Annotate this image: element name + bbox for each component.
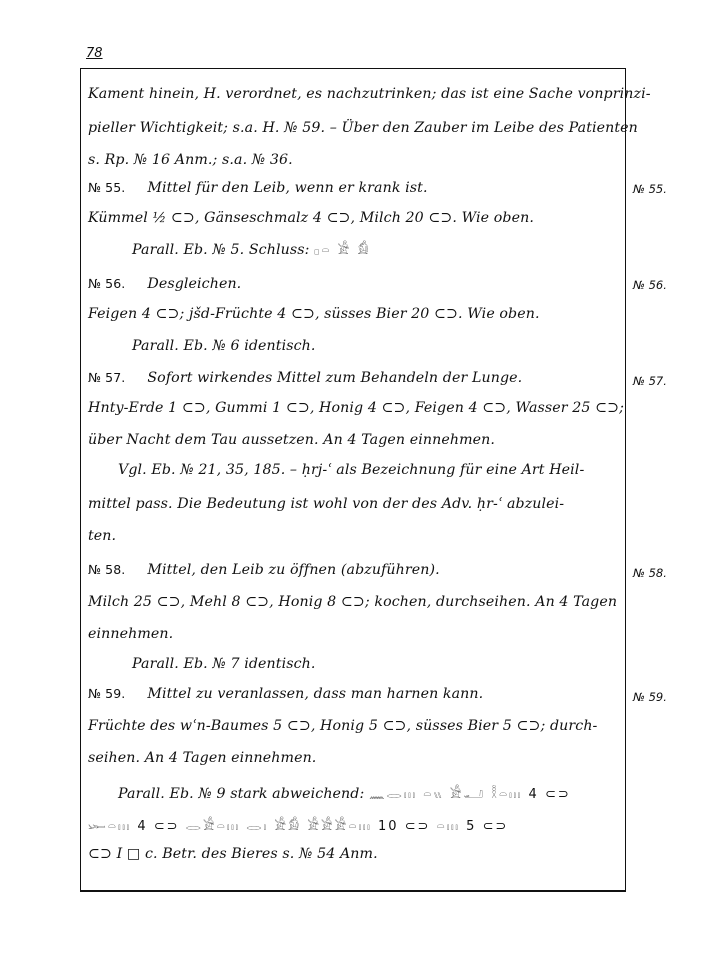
margin-label-58: № 58. (633, 566, 667, 580)
entry-number: № 56. (88, 276, 125, 291)
text-line: Kament hinein, H. verordnet, es nachzutr… (88, 86, 651, 102)
entry-number: № 59. (88, 686, 125, 701)
margin-label-55: № 55. (633, 182, 667, 196)
entry-heading-58: № 58.Mittel, den Leib zu öffnen (abzufüh… (88, 562, 440, 578)
margin-label-59: № 59. (633, 690, 667, 704)
text-line: seihen. An 4 Tagen einnehmen. (88, 750, 316, 766)
text-line: Parall. Eb. № 6 identisch. (132, 338, 316, 354)
parallel-note: Parall. Eb. № 5. Schluss: 𓊪𓏏 𓀀 𓀁 (132, 238, 371, 259)
entry-title: Desgleichen. (147, 276, 241, 292)
margin-label-56: № 56. (633, 278, 667, 292)
hieroglyphs: 𓈖𓂋𓏥 𓏏𓏭 𓀀𓂝 𓎛𓏏𓏥 4 ⊂⊃ (369, 787, 571, 802)
text-line: Vgl. Eb. № 21, 35, 185. – ḥrj-ʿ als Beze… (118, 462, 584, 478)
parallel-text: Parall. Eb. № 5. Schluss: (132, 242, 309, 258)
text-line: Parall. Eb. № 7 identisch. (132, 656, 316, 672)
text-line: einnehmen. (88, 626, 173, 642)
text-line: Milch 25 ⊂⊃, Mehl 8 ⊂⊃, Honig 8 ⊂⊃; koch… (88, 594, 617, 610)
entry-heading-55: № 55.Mittel für den Leib, wenn er krank … (88, 180, 428, 196)
entry-heading-59: № 59.Mittel zu veranlassen, dass man har… (88, 686, 483, 702)
text-line: ⊂⊃ I □ c. Betr. des Bieres s. № 54 Anm. (88, 846, 378, 862)
text-line: Kümmel ½ ⊂⊃, Gänseschmalz 4 ⊂⊃, Milch 20… (88, 210, 534, 226)
hieroglyphs: 𓆱𓏏𓏥 4 ⊂⊃ 𓂋𓀀𓏏𓏥 𓂋𓏤 𓀀𓀁 𓀀𓀀𓀀𓏏𓏥 10 ⊂⊃ 𓏏𓏥 5 ⊂⊃ (88, 819, 508, 834)
text-line: s. Rp. № 16 Anm.; s.a. № 36. (88, 152, 293, 168)
page-number: 78 (86, 46, 103, 61)
entry-title: Mittel zu veranlassen, dass man harnen k… (147, 686, 483, 702)
text-line: pieller Wichtigkeit; s.a. H. № 59. – Übe… (88, 120, 638, 136)
entry-title: Sofort wirkendes Mittel zum Behandeln de… (147, 370, 522, 386)
entry-heading-57: № 57.Sofort wirkendes Mittel zum Behande… (88, 370, 522, 386)
text-line: Hnty-Erde 1 ⊂⊃, Gummi 1 ⊂⊃, Honig 4 ⊂⊃, … (88, 400, 624, 416)
entry-title: Mittel, den Leib zu öffnen (abzuführen). (147, 562, 439, 578)
text-line: ten. (88, 528, 116, 544)
entry-number: № 57. (88, 370, 125, 385)
hieroglyph-line: 𓆱𓏏𓏥 4 ⊂⊃ 𓂋𓀀𓏏𓏥 𓂋𓏤 𓀀𓀁 𓀀𓀀𓀀𓏏𓏥 10 ⊂⊃ 𓏏𓏥 5 ⊂⊃ (88, 814, 508, 835)
text-line: mittel pass. Die Bedeutung ist wohl von … (88, 496, 564, 512)
parallel-note: Parall. Eb. № 9 stark abweichend: 𓈖𓂋𓏥 𓏏𓏭… (118, 782, 571, 803)
entry-heading-56: № 56.Desgleichen. (88, 276, 241, 292)
parallel-text: Parall. Eb. № 9 stark abweichend: (118, 786, 364, 802)
entry-number: № 58. (88, 562, 125, 577)
entry-number: № 55. (88, 180, 125, 195)
entry-title: Mittel für den Leib, wenn er krank ist. (147, 180, 427, 196)
text-line: Feigen 4 ⊂⊃; jšd-Früchte 4 ⊂⊃, süsses Bi… (88, 306, 540, 322)
hieroglyphs: 𓊪𓏏 𓀀 𓀁 (314, 243, 371, 258)
margin-label-57: № 57. (633, 374, 667, 388)
text-line: über Nacht dem Tau aussetzen. An 4 Tagen… (88, 432, 495, 448)
text-line: Früchte des wʿn-Baumes 5 ⊂⊃, Honig 5 ⊂⊃,… (88, 718, 597, 734)
